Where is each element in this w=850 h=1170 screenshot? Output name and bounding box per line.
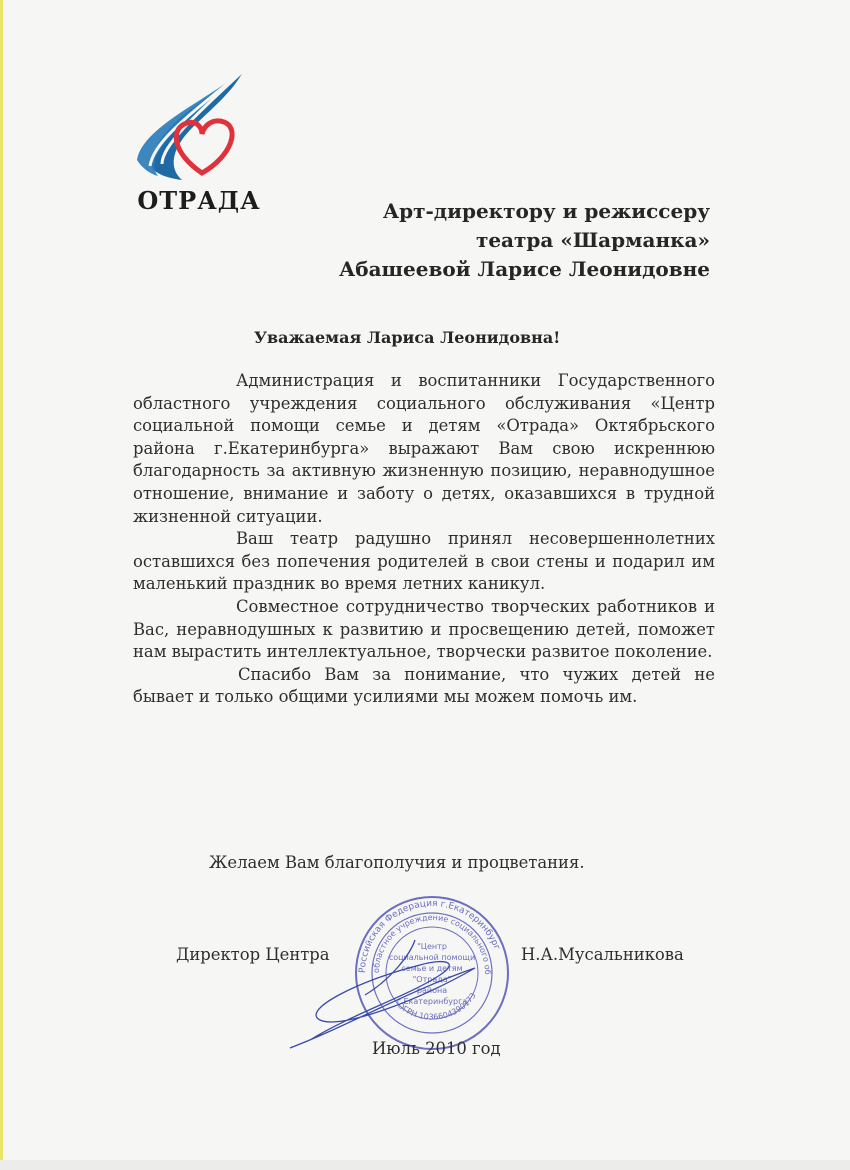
wave-heart-logo-icon <box>132 68 272 188</box>
paragraph: Ваш театр радушно принял несовершеннолет… <box>133 528 715 596</box>
letter-date: Июль 2010 год <box>372 1039 501 1058</box>
organization-logo: ОТРАДА <box>132 68 272 223</box>
paragraph: Администрация и воспитанники Государстве… <box>133 370 715 528</box>
letter-body: Администрация и воспитанники Государстве… <box>133 370 715 709</box>
closing-wish: Желаем Вам благополучия и процветания. <box>209 853 585 872</box>
addressee-line: Абашеевой Ларисе Леонидовне <box>339 255 710 284</box>
salutation: Уважаемая Лариса Леонидовна! <box>254 328 560 347</box>
addressee-block: Арт-директору и режиссеру театра «Шарман… <box>339 197 710 284</box>
signatory-name: Н.А.Мусальникова <box>521 945 684 964</box>
logo-wordmark: ОТРАДА <box>134 186 264 215</box>
scan-edge-left <box>0 0 3 1170</box>
scan-edge-bottom <box>0 1160 850 1170</box>
addressee-line: театра «Шарманка» <box>339 226 710 255</box>
paragraph: Совместное сотрудничество творческих раб… <box>133 596 715 664</box>
paragraph: Спасибо Вам за понимание, что чужих дете… <box>133 664 715 709</box>
addressee-line: Арт-директору и режиссеру <box>339 197 710 226</box>
